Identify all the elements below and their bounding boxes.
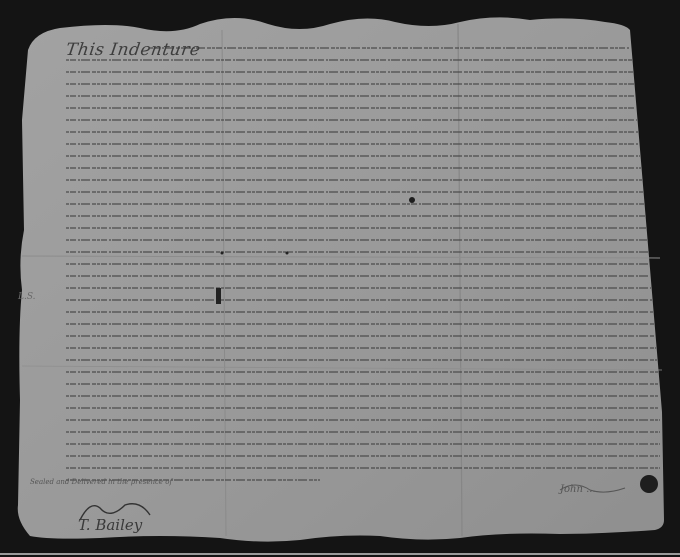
image-bottom-border xyxy=(0,553,680,555)
parchment-document xyxy=(0,0,680,557)
wax-seal-icon xyxy=(409,197,415,203)
document-heading: This Indenture xyxy=(65,40,202,60)
signature-right: John ... xyxy=(560,484,596,495)
wax-seal-icon xyxy=(640,475,658,493)
signature-left: T. Bailey xyxy=(78,516,142,534)
margin-note: L.S. xyxy=(18,292,36,302)
witness-block: Sealed and Delivered in the presence of xyxy=(30,478,172,487)
